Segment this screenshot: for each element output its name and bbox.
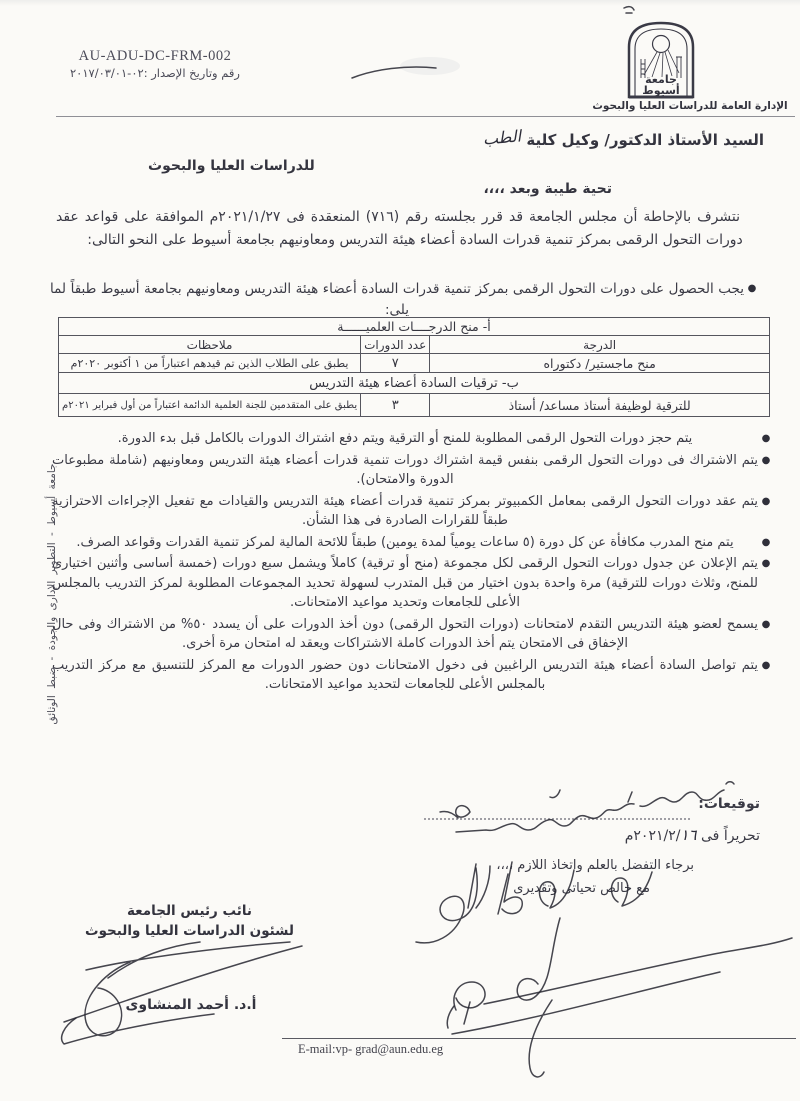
lead-bullet-text: يجب الحصول على دورات التحول الرقمى بمركز… [50, 279, 744, 321]
cell-degree-b: للترقية لوظيفة أستاذ مساعد/ أستاذ [430, 394, 770, 417]
vp-title-line2: لشئون الدراسات العليا والبحوث [82, 921, 297, 941]
list-item: ● يتم منح المدرب مكافأة عن كل دورة (٥ سا… [52, 533, 774, 553]
table-row: منح ماجستير/ دكتوراه ٧ يطبق على الطلاب ا… [59, 354, 770, 373]
bullet-icon: ● [758, 492, 774, 531]
signature-flow-ink [447, 938, 792, 1077]
bullet-text: يتم الاشتراك فى دورات التحول الرقمى بنفس… [52, 451, 758, 490]
column-header-notes: ملاحظات [59, 336, 361, 354]
bullet-text: يسمح لعضو هيئة التدريس التقدم لامتحانات … [52, 615, 758, 654]
side-margin-note: جامعة أسيوط - التطوير الإدارى والجودة - … [46, 440, 58, 748]
footer-divider [282, 1038, 796, 1039]
regards-line: مع خالص تحياتى وتقديرى [513, 881, 650, 896]
table-section-b-title: ب- ترقيات السادة أعضاء هيئة التدريس [59, 373, 770, 394]
cell-notes-a: يطبق على الطلاب الذين تم قيدهم اعتباراً … [59, 354, 361, 373]
table-row: للترقية لوظيفة أستاذ مساعد/ أستاذ ٣ يطبق… [59, 394, 770, 417]
bullet-icon: ● [758, 656, 774, 695]
vp-name: أ.د. أحمد المنشاوى [96, 997, 286, 1013]
degrees-rules-table: أ- منح الدرجــــات العلميــــــة الدرجة … [58, 317, 770, 417]
bullet-text: يتم حجز دورات التحول الرقمى المطلوبة للم… [52, 429, 758, 449]
list-item: ● يتم عقد دورات التحول الرقمى بمعامل الك… [52, 492, 774, 531]
handwritten-day: ١٦ [680, 826, 696, 844]
column-header-degree: الدرجة [430, 336, 770, 354]
bullet-text: يتم عقد دورات التحول الرقمى بمعامل الكمب… [52, 492, 758, 531]
issue-number-date: رقم وتاريخ الإصدار :٠٢-٢٠١٧/٠٣/٠١ [70, 66, 240, 80]
addressee-subtitle: للدراسات العليا والبحوث [148, 158, 315, 174]
logo-text-bottom: أسيوط [642, 83, 679, 97]
bullet-icon: ● [744, 279, 760, 321]
form-code-block: AU-ADU-DC-FRM-002 رقم وتاريخ الإصدار :٠٢… [70, 48, 240, 80]
date-prefix: تحريراً فى ٢٠٢١/٢/ [633, 828, 760, 844]
cell-courses-b: ٣ [361, 394, 430, 417]
department-label: الإدارة العامة للدراسات العليا والبحوث [588, 100, 792, 112]
vp-title-block: نائب رئيس الجامعة لشئون الدراسات العليا … [82, 901, 297, 941]
bullet-text: يتم الإعلان عن جدول دورات التحول الرقمى … [52, 554, 758, 613]
vp-title-line1: نائب رئيس الجامعة [82, 901, 297, 921]
list-item: ● يتم تواصل السادة أعضاء هيئة التدريس ال… [52, 656, 774, 695]
cell-degree-a: منح ماجستير/ دكتوراه [430, 354, 770, 373]
cell-notes-b: يطبق على المتقدمين للجنة العلمية الدائمة… [59, 394, 361, 417]
scanned-letter-page: AU-ADU-DC-FRM-002 رقم وتاريخ الإصدار :٠٢… [0, 0, 800, 1101]
request-line: برجاء التفضل بالعلم واتخاذ اللازم ،،،، [496, 858, 694, 873]
rules-bullet-list: ● يتم حجز دورات التحول الرقمى المطلوبة ل… [52, 429, 774, 697]
cell-courses-a: ٧ [361, 354, 430, 373]
bullet-icon: ● [758, 429, 774, 449]
form-code: AU-ADU-DC-FRM-002 [70, 48, 240, 65]
list-item: ● يتم الاشتراك فى دورات التحول الرقمى بن… [52, 451, 774, 490]
addressee-text: السيد الأستاذ الدكتور/ وكيل كلية [526, 131, 764, 149]
email-footer: E-mail:vp- grad@aun.edu.eg [298, 1042, 443, 1057]
signature-vp-ink [62, 942, 302, 1044]
greeting-line: تحية طيبة وبعد ،،،، [483, 181, 612, 197]
addressee-line: السيد الأستاذ الدكتور/ وكيل كلية الطب [483, 130, 764, 149]
lead-bullet: ● يجب الحصول على دورات التحول الرقمى بمر… [50, 279, 760, 321]
bullet-icon: ● [758, 533, 774, 553]
bullet-text: يتم تواصل السادة أعضاء هيئة التدريس الرا… [52, 656, 758, 695]
signatures-label: توقيعات: [698, 796, 760, 812]
bullet-icon: ● [758, 451, 774, 490]
date-line: تحريراً فى ٢٠٢١/٢/١٦م [625, 826, 760, 844]
signature-dotted-line [424, 818, 690, 820]
signature-row-ink [440, 782, 734, 832]
scan-smudge [352, 7, 634, 78]
header-divider [56, 116, 795, 117]
intro-paragraph: نتشرف بالإحاطة أن مجلس الجامعة قد قرر بج… [56, 206, 774, 252]
list-item: ● يسمح لعضو هيئة التدريس التقدم لامتحانا… [52, 615, 774, 654]
list-item: ● يتم الإعلان عن جدول دورات التحول الرقم… [52, 554, 774, 613]
list-item: ● يتم حجز دورات التحول الرقمى المطلوبة ل… [52, 429, 774, 449]
bullet-text: يتم منح المدرب مكافأة عن كل دورة (٥ ساعا… [52, 533, 758, 553]
bullet-icon: ● [758, 554, 774, 613]
handwritten-faculty-name: الطب [482, 126, 522, 148]
table-section-a-title: أ- منح الدرجــــات العلميــــــة [59, 318, 770, 336]
bullet-icon: ● [758, 615, 774, 654]
assiut-university-logo: جامعة أسيوط [624, 19, 698, 99]
column-header-courses: عدد الدورات [361, 336, 430, 354]
